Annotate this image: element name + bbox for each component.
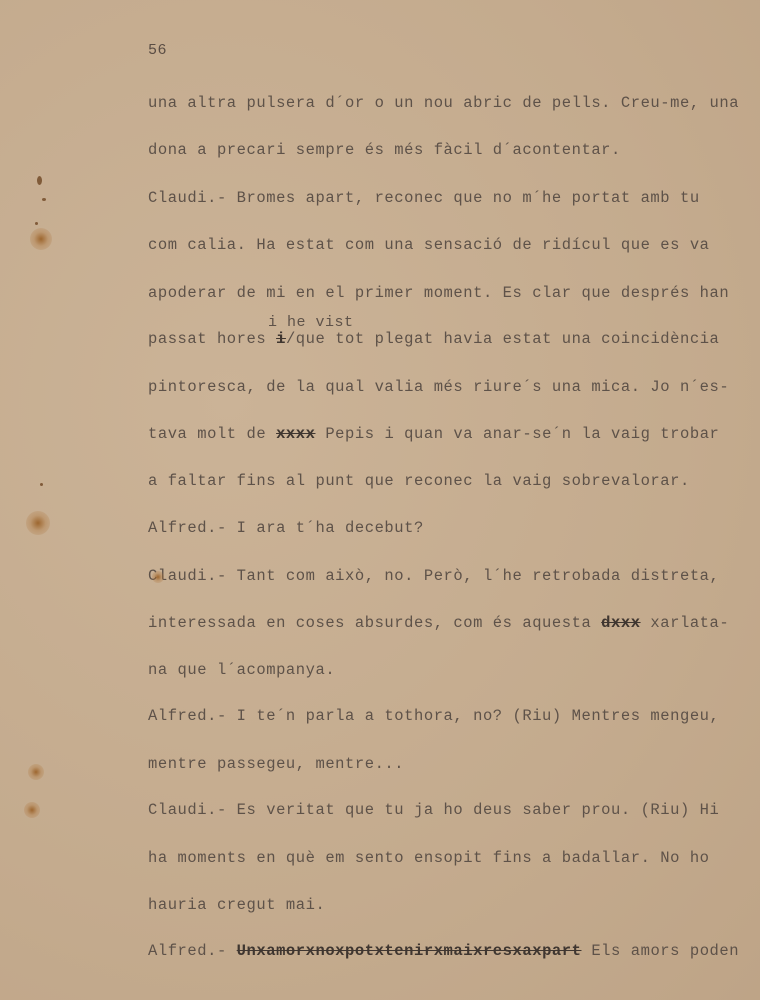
text-line: passat hores i/que tot plegat havia esta… — [148, 330, 719, 348]
line-text: /que tot plegat havia estat una coincidè… — [286, 330, 719, 348]
text-line: pintoresca, de la qual valia més riure´s… — [148, 378, 729, 396]
text-line: Claudi.- Es veritat que tu ja ho deus sa… — [148, 801, 719, 819]
stain-mark — [28, 764, 44, 780]
struck-out-text: Unxamorxnoxpotxtenirxmaixresxaxpart — [237, 942, 582, 960]
stain-mark — [24, 802, 40, 818]
line-text: a faltar fins al punt que reconec la vai… — [148, 472, 690, 490]
text-line: ha moments en què em sento ensopit fins … — [148, 849, 710, 867]
struck-out-text: xxxx — [276, 425, 315, 443]
line-text: pintoresca, de la qual valia més riure´s… — [148, 378, 729, 396]
text-line: una altra pulsera d´or o un nou abric de… — [148, 94, 739, 112]
struck-out-text: dxxx — [601, 614, 640, 632]
page-number: 56 — [148, 42, 167, 59]
line-text: ha moments en què em sento ensopit fins … — [148, 849, 710, 867]
line-text: na que l´acompanya. — [148, 661, 335, 679]
text-line: com calia. Ha estat com una sensació de … — [148, 236, 710, 254]
interlinear-insertion: i he vist — [268, 314, 354, 331]
text-line: apoderar de mi en el primer moment. Es c… — [148, 284, 729, 302]
text-line: na que l´acompanya. — [148, 661, 335, 679]
line-text: xarlata- — [641, 614, 730, 632]
line-text: Alfred.- — [148, 942, 237, 960]
line-text: hauria cregut mai. — [148, 896, 325, 914]
stain-mark — [26, 511, 50, 535]
line-text: mentre passegeu, mentre... — [148, 755, 404, 773]
line-text: com calia. Ha estat com una sensació de … — [148, 236, 710, 254]
text-line: Claudi.- Bromes apart, reconec que no m´… — [148, 189, 700, 207]
line-text: dona a precari sempre és més fàcil d´aco… — [148, 141, 621, 159]
struck-out-text: i — [276, 330, 286, 348]
stain-mark — [152, 571, 164, 583]
stain-mark — [37, 176, 42, 185]
line-text: passat hores — [148, 330, 276, 348]
text-line: tava molt de xxxx Pepis i quan va anar-s… — [148, 425, 719, 443]
line-text: Claudi.- Tant com això, no. Però, l´he r… — [148, 567, 719, 585]
line-text: interessada en coses absurdes, com és aq… — [148, 614, 601, 632]
text-line: Alfred.- I ara t´ha decebut? — [148, 519, 424, 537]
stain-mark — [35, 222, 38, 225]
scanned-typewritten-page: 56 i he vist una altra pulsera d´or o un… — [0, 0, 760, 1000]
text-line: dona a precari sempre és més fàcil d´aco… — [148, 141, 621, 159]
stain-mark — [40, 483, 43, 486]
text-line: interessada en coses absurdes, com és aq… — [148, 614, 729, 632]
text-line: mentre passegeu, mentre... — [148, 755, 404, 773]
line-text: Alfred.- I ara t´ha decebut? — [148, 519, 424, 537]
stain-mark — [30, 228, 52, 250]
text-line: a faltar fins al punt que reconec la vai… — [148, 472, 690, 490]
line-text: una altra pulsera d´or o un nou abric de… — [148, 94, 739, 112]
line-text: tava molt de — [148, 425, 276, 443]
line-text: Alfred.- I te´n parla a tothora, no? (Ri… — [148, 707, 719, 725]
text-line: Alfred.- Unxamorxnoxpotxtenirxmaixresxax… — [148, 942, 739, 960]
text-line: hauria cregut mai. — [148, 896, 325, 914]
text-line: Alfred.- I te´n parla a tothora, no? (Ri… — [148, 707, 719, 725]
line-text: Els amors poden — [581, 942, 739, 960]
stain-mark — [42, 198, 46, 201]
line-text: Claudi.- Es veritat que tu ja ho deus sa… — [148, 801, 719, 819]
line-text: apoderar de mi en el primer moment. Es c… — [148, 284, 729, 302]
line-text: Pepis i quan va anar-se´n la vaig trobar — [315, 425, 719, 443]
line-text: Claudi.- Bromes apart, reconec que no m´… — [148, 189, 700, 207]
text-line: Claudi.- Tant com això, no. Però, l´he r… — [148, 567, 719, 585]
